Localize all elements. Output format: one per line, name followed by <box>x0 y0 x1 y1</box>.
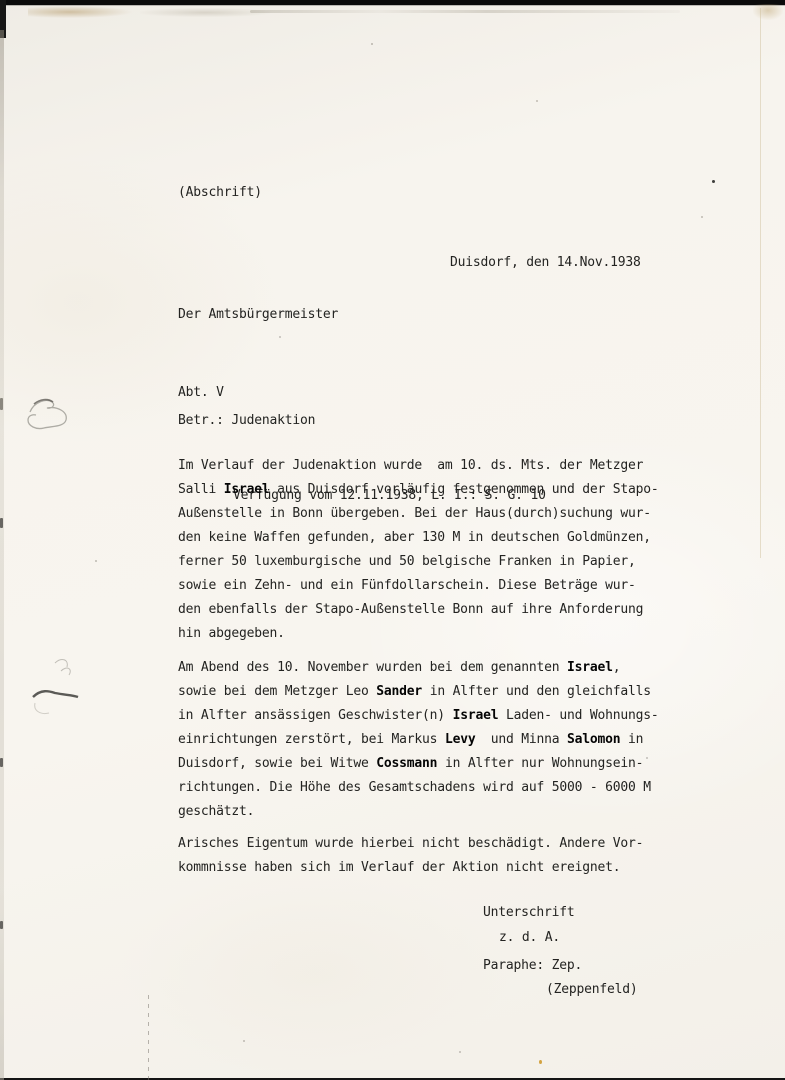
signature-label: Unterschrift <box>483 901 575 925</box>
paper-stain <box>753 4 783 20</box>
body-paragraph-1: Im Verlauf der Judenaktion wurde am 10. … <box>178 454 659 646</box>
pencil-smudge <box>0 380 120 450</box>
text-line: geschätzt. <box>178 800 659 824</box>
paper-stain <box>28 6 132 18</box>
text-line: hin abgegeben. <box>178 622 659 646</box>
speck <box>712 180 715 183</box>
speck <box>536 100 538 102</box>
signature-name: (Zeppenfeld) <box>546 978 638 1002</box>
speck <box>701 216 703 218</box>
scan-edge-top <box>0 0 785 5</box>
paper-fold-line <box>760 8 761 558</box>
speck <box>539 1060 542 1064</box>
text-line: Duisdorf, sowie bei Witwe Cossmann in Al… <box>178 752 659 776</box>
speck <box>243 1040 245 1042</box>
body-paragraph-2: Am Abend des 10. November wurden bei dem… <box>178 656 659 824</box>
copy-note: (Abschrift) <box>178 181 262 205</box>
text-line: richtungen. Die Höhe des Gesamtschadens … <box>178 776 659 800</box>
scan-edge-mark <box>0 758 3 767</box>
subject-line-1: Betr.: Judenaktion <box>178 408 546 433</box>
text-line: den ebenfalls der Stapo-Außenstelle Bonn… <box>178 598 659 622</box>
scan-edge-mark <box>0 921 3 929</box>
paper-stain <box>250 10 680 13</box>
sender-title: Der Amtsbürgermeister <box>178 302 338 328</box>
scanned-document-page: (Abschrift) Der Amtsbürgermeister Abt. V… <box>0 0 785 1080</box>
text-line: kommnisse haben sich im Verlauf der Akti… <box>178 856 643 880</box>
text-line: sowie bei dem Metzger Leo Sander in Alft… <box>178 680 659 704</box>
speck <box>95 560 97 562</box>
signature-zda: z. d. A. <box>499 926 560 950</box>
text-line: Arisches Eigentum wurde hierbei nicht be… <box>178 832 643 856</box>
speck <box>459 1051 461 1053</box>
text-line: ferner 50 luxemburgische und 50 belgisch… <box>178 550 659 574</box>
text-line: Im Verlauf der Judenaktion wurde am 10. … <box>178 454 659 478</box>
text-line: den keine Waffen gefunden, aber 130 M in… <box>178 526 659 550</box>
signature-paraphe: Paraphe: Zep. <box>483 954 582 978</box>
scan-edge-mark <box>0 518 3 528</box>
body-paragraph-3: Arisches Eigentum wurde hierbei nicht be… <box>178 832 643 880</box>
speck <box>371 43 373 45</box>
text-line: in Alfter ansässigen Geschwister(n) Isra… <box>178 704 659 728</box>
text-line: Außenstelle in Bonn übergeben. Bei der H… <box>178 502 659 526</box>
pencil-smudge <box>15 645 110 725</box>
dateline: Duisdorf, den 14.Nov.1938 <box>450 250 641 276</box>
text-line: Salli Israel aus Duisdorf vorläufig fest… <box>178 478 659 502</box>
text-line: sowie ein Zehn- und ein Fünfdollarschein… <box>178 574 659 598</box>
text-line: Am Abend des 10. November wurden bei dem… <box>178 656 659 680</box>
text-line: einrichtungen zerstört, bei Markus Levy … <box>178 728 659 752</box>
paper-fold-line <box>148 995 149 1080</box>
